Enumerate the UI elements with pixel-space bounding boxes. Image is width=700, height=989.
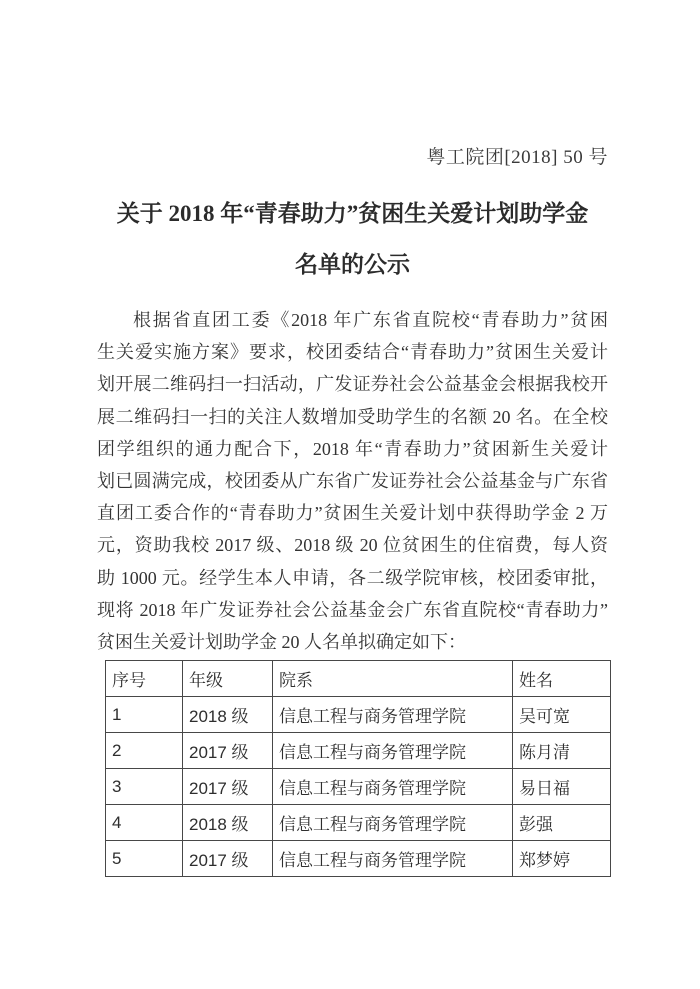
document-page: 粤工院团[2018] 50 号 关于 2018 年“青春助力”贫困生关爱计划助学… xyxy=(0,0,700,989)
cell-grade: 2017 级 xyxy=(183,769,273,805)
body-line-2: 生关爱实施方案》要求，校团委结合“青春助力”贫困生关爱计 xyxy=(97,336,608,368)
document-title-line2: 名单的公示 xyxy=(97,246,608,279)
table-header-row: 序号 年级 院系 姓名 xyxy=(106,661,611,697)
body-line-11: 贫困生关爱计划助学金 20 人名单拟确定如下： xyxy=(97,626,608,658)
document-content: 粤工院团[2018] 50 号 关于 2018 年“青春助力”贫困生关爱计划助学… xyxy=(97,0,608,989)
cell-college: 信息工程与商务管理学院 xyxy=(273,805,513,841)
table-row: 1 2018 级 信息工程与商务管理学院 吴可宽 xyxy=(106,697,611,733)
body-line-3: 划开展二维码扫一扫活动，广发证券社会公益基金会根据我校开 xyxy=(97,368,608,400)
cell-serial: 1 xyxy=(106,697,183,733)
body-line-9: 助 1000 元。经学生本人申请，各二级学院审核，校团委审批， xyxy=(97,562,608,594)
document-title-line1: 关于 2018 年“青春助力”贫困生关爱计划助学金 xyxy=(97,195,608,228)
cell-serial: 2 xyxy=(106,733,183,769)
cell-name: 彭强 xyxy=(513,805,611,841)
cell-college: 信息工程与商务管理学院 xyxy=(273,697,513,733)
cell-grade: 2018 级 xyxy=(183,805,273,841)
cell-college: 信息工程与商务管理学院 xyxy=(273,769,513,805)
cell-name: 陈月清 xyxy=(513,733,611,769)
body-line-6: 划已圆满完成，校团委从广东省广发证券社会公益基金与广东省 xyxy=(97,465,608,497)
header-serial: 序号 xyxy=(106,661,183,697)
cell-serial: 5 xyxy=(106,841,183,877)
cell-serial: 4 xyxy=(106,805,183,841)
table-row: 3 2017 级 信息工程与商务管理学院 易日福 xyxy=(106,769,611,805)
table-row: 4 2018 级 信息工程与商务管理学院 彭强 xyxy=(106,805,611,841)
cell-name: 郑梦婷 xyxy=(513,841,611,877)
table-row: 2 2017 级 信息工程与商务管理学院 陈月清 xyxy=(106,733,611,769)
header-grade: 年级 xyxy=(183,661,273,697)
doc-reference-number: 粤工院团[2018] 50 号 xyxy=(97,142,608,169)
cell-name: 易日福 xyxy=(513,769,611,805)
cell-grade: 2018 级 xyxy=(183,697,273,733)
scholarship-roster-table: 序号 年级 院系 姓名 1 2018 级 信息工程与商务管理学院 吴可宽 2 2… xyxy=(105,660,611,877)
header-college: 院系 xyxy=(273,661,513,697)
header-name: 姓名 xyxy=(513,661,611,697)
cell-serial: 3 xyxy=(106,769,183,805)
cell-grade: 2017 级 xyxy=(183,841,273,877)
cell-name: 吴可宽 xyxy=(513,697,611,733)
body-line-7: 直团工委合作的“青春助力”贫困生关爱计划中获得助学金 2 万 xyxy=(97,497,608,529)
cell-grade: 2017 级 xyxy=(183,733,273,769)
cell-college: 信息工程与商务管理学院 xyxy=(273,733,513,769)
body-line-4: 展二维码扫一扫的关注人数增加受助学生的名额 20 名。在全校 xyxy=(97,401,608,433)
body-line-10: 现将 2018 年广发证券社会公益基金会广东省直院校“青春助力” xyxy=(97,594,608,626)
cell-college: 信息工程与商务管理学院 xyxy=(273,841,513,877)
body-paragraph: 根据省直团工委《2018 年广东省直院校“青春助力”贫困 生关爱实施方案》要求，… xyxy=(97,304,608,658)
body-line-5: 团学组织的通力配合下，2018 年“青春助力”贫困新生关爱计 xyxy=(97,433,608,465)
table-row: 5 2017 级 信息工程与商务管理学院 郑梦婷 xyxy=(106,841,611,877)
body-line-1: 根据省直团工委《2018 年广东省直院校“青春助力”贫困 xyxy=(97,304,608,336)
body-line-8: 元，资助我校 2017 级、2018 级 20 位贫困生的住宿费，每人资 xyxy=(97,529,608,561)
